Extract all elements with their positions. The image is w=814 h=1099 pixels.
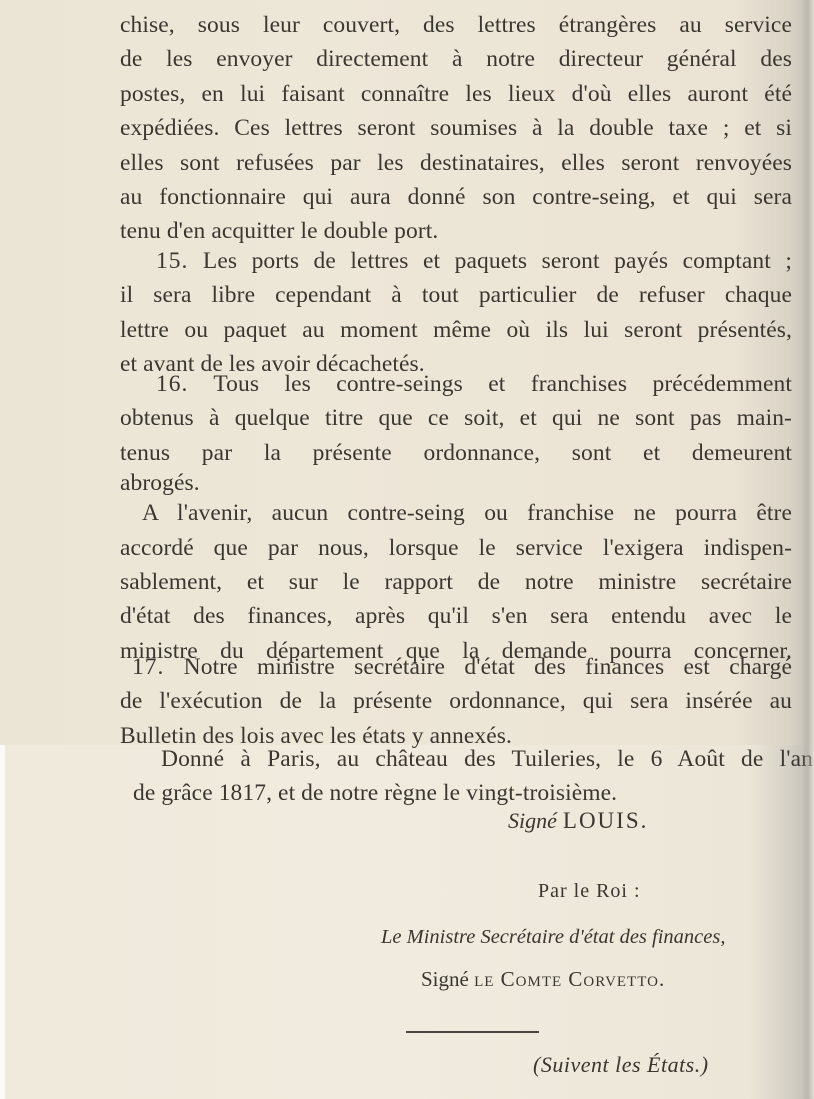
signed-label: Signé <box>421 967 469 991</box>
article-first-line: 17. Notre ministre secrétaire d'état des… <box>120 650 792 684</box>
text-line: sablement, et sur le rapport de notre mi… <box>120 565 792 599</box>
text-line: expédiées. Ces lettres seront soumises à… <box>120 111 792 145</box>
text-line: d'état des finances, après qu'il s'en se… <box>120 599 792 633</box>
divider-rule <box>406 1031 539 1033</box>
signatory-name: LOUIS. <box>563 808 648 833</box>
signatory-name: le Comte Corvetto. <box>474 967 665 991</box>
text-line: accordé que par nous, lorsque le service… <box>120 531 792 565</box>
text-line: tenus par la présente ordonnance, sont e… <box>120 436 792 470</box>
text-line: elles sont refusées par les destinataire… <box>120 146 792 180</box>
signed-label: Signé <box>508 808 557 833</box>
par-le-roi: Par le Roi : <box>538 880 641 903</box>
text-line: lettre ou paquet au moment même où ils l… <box>120 313 792 347</box>
text-line: obtenus à quelque titre que ce soit, et … <box>120 401 792 435</box>
article-first-line: 16. Tous les contre-seings et franchises… <box>120 367 792 401</box>
article-number: 17. <box>132 654 164 680</box>
article-17: 17. Notre ministre secrétaire d'état des… <box>120 650 814 753</box>
text-line: abrogés. <box>120 470 792 496</box>
footer-note: (Suivent les États.) <box>533 1052 709 1078</box>
text-line: A l'avenir, aucun contre-seing ou franch… <box>120 496 792 530</box>
article-number: 16. <box>156 371 188 397</box>
text-line: de les envoyer directement à notre direc… <box>120 42 792 76</box>
text-line: Donné à Paris, au château des Tuileries,… <box>133 742 813 776</box>
article-16: 16. Tous les contre-seings et franchises… <box>120 367 814 668</box>
closing-paragraph: Donné à Paris, au château des Tuileries,… <box>133 742 814 811</box>
article-first-line: 15. Les ports de lettres et paquets sero… <box>120 244 792 278</box>
paragraph-continuation: chise, sous leur couvert, des lettres ét… <box>120 8 814 249</box>
text-line: au fonctionnaire qui aura donné son cont… <box>120 180 792 214</box>
text-line: de l'exécution de la présente ordonnance… <box>120 684 792 718</box>
text-line: postes, en lui faisant connaître les lie… <box>120 77 792 111</box>
text-line: de grâce 1817, et de notre règne le ving… <box>133 776 783 810</box>
text-line: Les ports de lettres et paquets seront p… <box>203 248 792 274</box>
minister-title: Le Ministre Secrétaire d'état des financ… <box>381 926 725 949</box>
text-line: il sera libre cependant à tout particuli… <box>120 278 792 312</box>
article-number: 15. <box>156 248 188 274</box>
text-line: Tous les contre-seings et franchises pré… <box>213 371 792 397</box>
article-15: 15. Les ports de lettres et paquets sero… <box>120 244 814 382</box>
text-line: Notre ministre secrétaire d'état des fin… <box>184 654 792 680</box>
signature-minister: Signé le Comte Corvetto. <box>421 967 665 992</box>
text-line: chise, sous leur couvert, des lettres ét… <box>120 8 792 42</box>
signature-king: Signé LOUIS. <box>508 808 648 835</box>
